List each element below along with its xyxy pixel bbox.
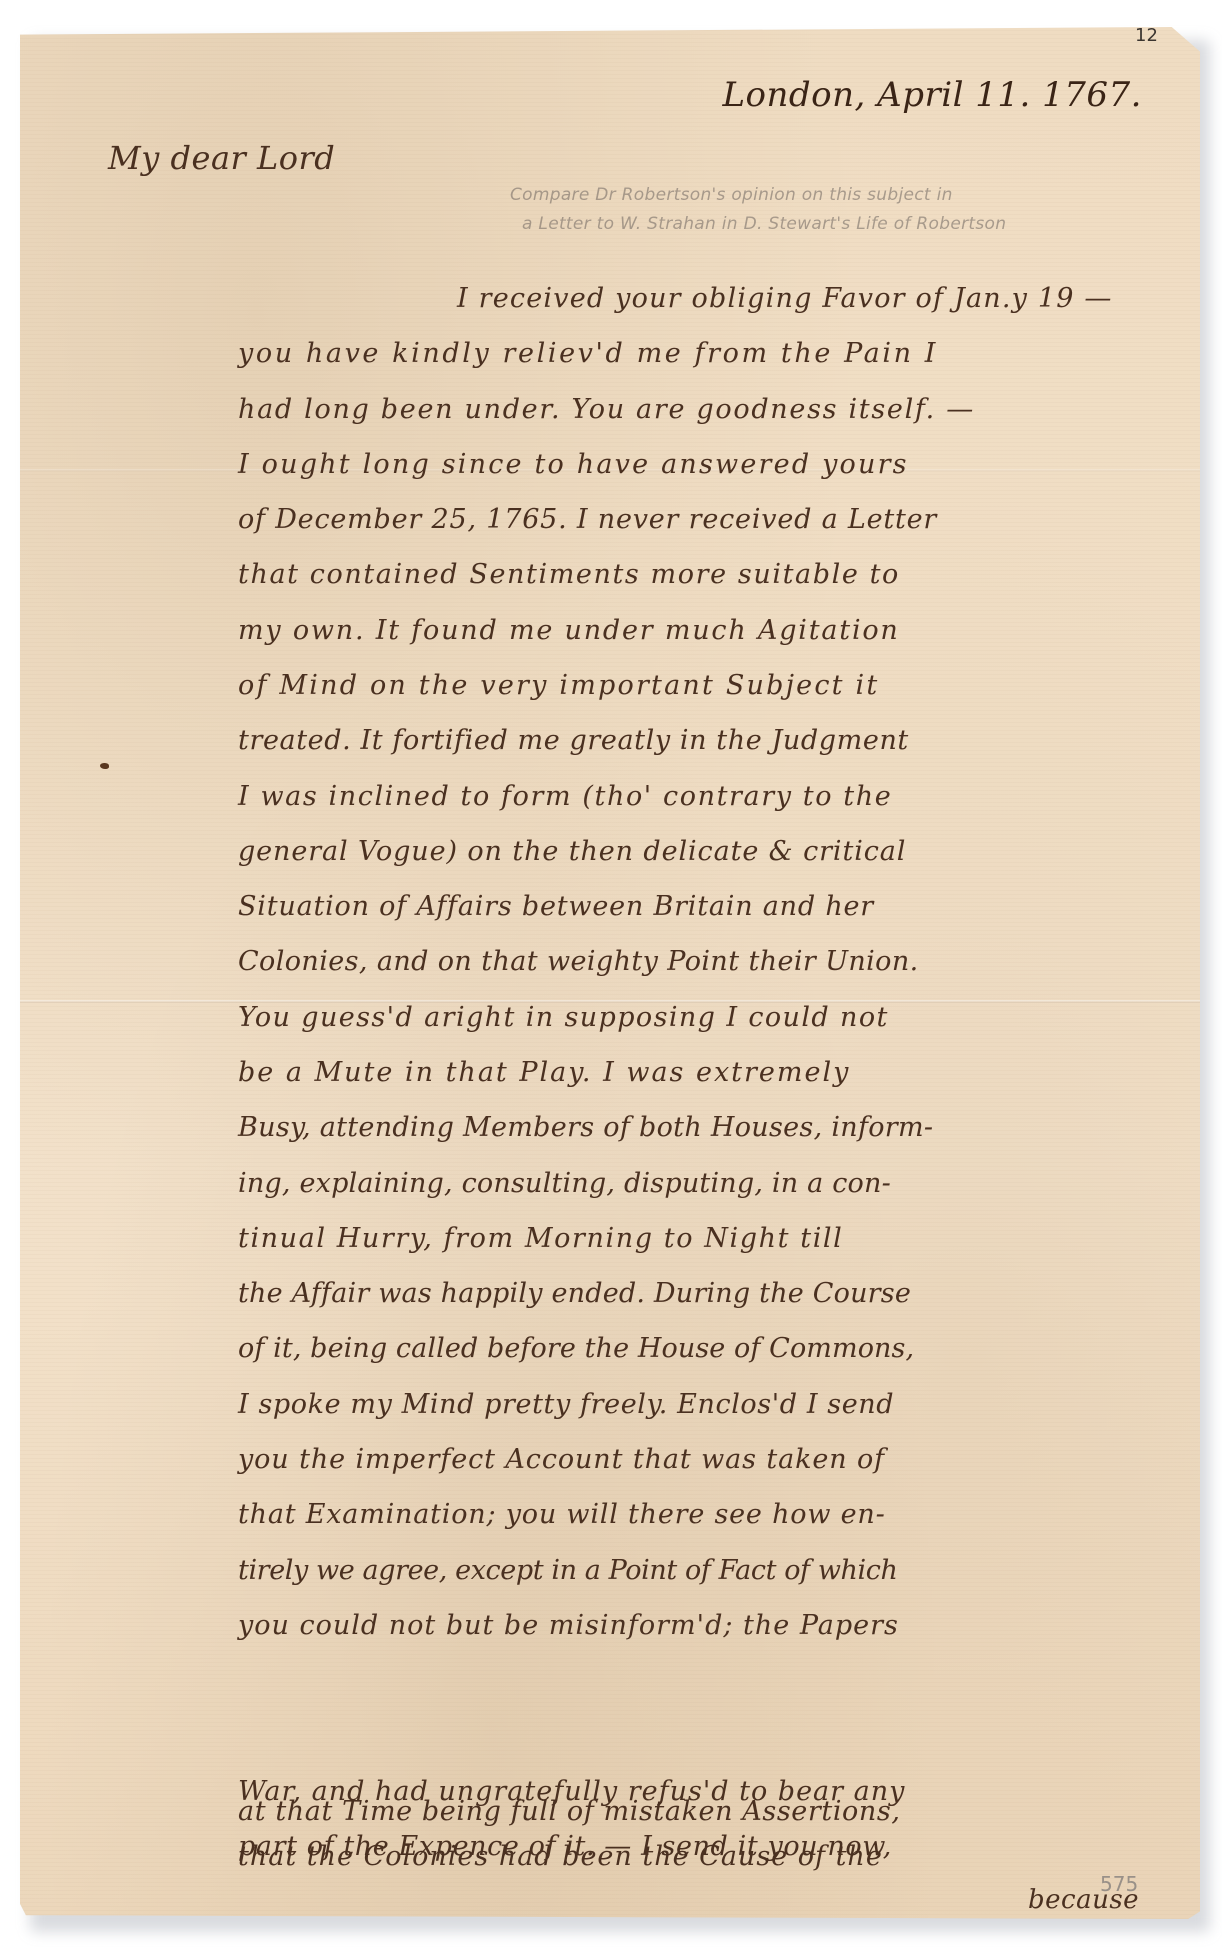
body-line: of it, being called before the House of …: [238, 1335, 914, 1362]
body-line: had long been under. You are goodness it…: [238, 396, 975, 423]
body-line: you have kindly reliev'd me from the Pai…: [238, 340, 938, 367]
body-line: treated. It fortified me greatly in the …: [238, 727, 909, 754]
catchword: because: [1028, 1887, 1139, 1913]
body-line: War, and had ungratefully refus'd to bea…: [238, 1778, 905, 1805]
salutation: My dear Lord: [108, 139, 335, 177]
body-line: be a Mute in that Play. I was extremely: [238, 1059, 850, 1086]
body-line: of Mind on the very important Subject it: [238, 672, 879, 699]
body-line: that contained Sentiments more suitable …: [238, 561, 900, 588]
body-line: part of the Expence of it. — I send it y…: [238, 1833, 892, 1860]
body-line: of December 25, 1765. I never received a…: [238, 506, 937, 533]
body-line: I spoke my Mind pretty freely. Enclos'd …: [238, 1391, 894, 1418]
body-line: I ought long since to have answered your…: [238, 451, 909, 478]
body-line: I received your obliging Favor of Jan.y …: [457, 285, 1113, 312]
body-line: general Vogue) on the then delicate & cr…: [238, 838, 906, 865]
letter-page: 12 London, April 11. 1767. My dear Lord …: [20, 27, 1200, 1919]
body-line: my own. It found me under much Agitation: [238, 617, 900, 644]
body-line: the Affair was happily ended. During the…: [238, 1280, 911, 1307]
folio-number: 12: [1135, 25, 1158, 46]
ink-blot: [100, 763, 109, 769]
body-line: Situation of Affairs between Britain and…: [238, 893, 874, 920]
pencil-note-line: Compare Dr Robertson's opinion on this s…: [510, 185, 953, 205]
body-line: Busy, attending Members of both Houses, …: [238, 1114, 933, 1141]
body-line: tirely we agree, except in a Point of Fa…: [238, 1557, 897, 1584]
body-line: You guess'd aright in supposing I could …: [238, 1004, 889, 1031]
body-line: you could not but be misinform'd; the Pa…: [238, 1612, 899, 1639]
body-line: ing, explaining, consulting, disputing, …: [238, 1170, 891, 1197]
body-line: you the imperfect Account that was taken…: [238, 1446, 885, 1473]
pencil-note-line: a Letter to W. Strahan in D. Stewart's L…: [522, 214, 1006, 234]
body-line: I was inclined to form (tho' contrary to…: [238, 783, 892, 810]
dateline: London, April 11. 1767.: [722, 75, 1142, 115]
body-line: Colonies, and on that weighty Point thei…: [238, 948, 919, 975]
body-line: tinual Hurry, from Morning to Night till: [238, 1225, 843, 1252]
body-line: that Examination; you will there see how…: [238, 1501, 886, 1528]
